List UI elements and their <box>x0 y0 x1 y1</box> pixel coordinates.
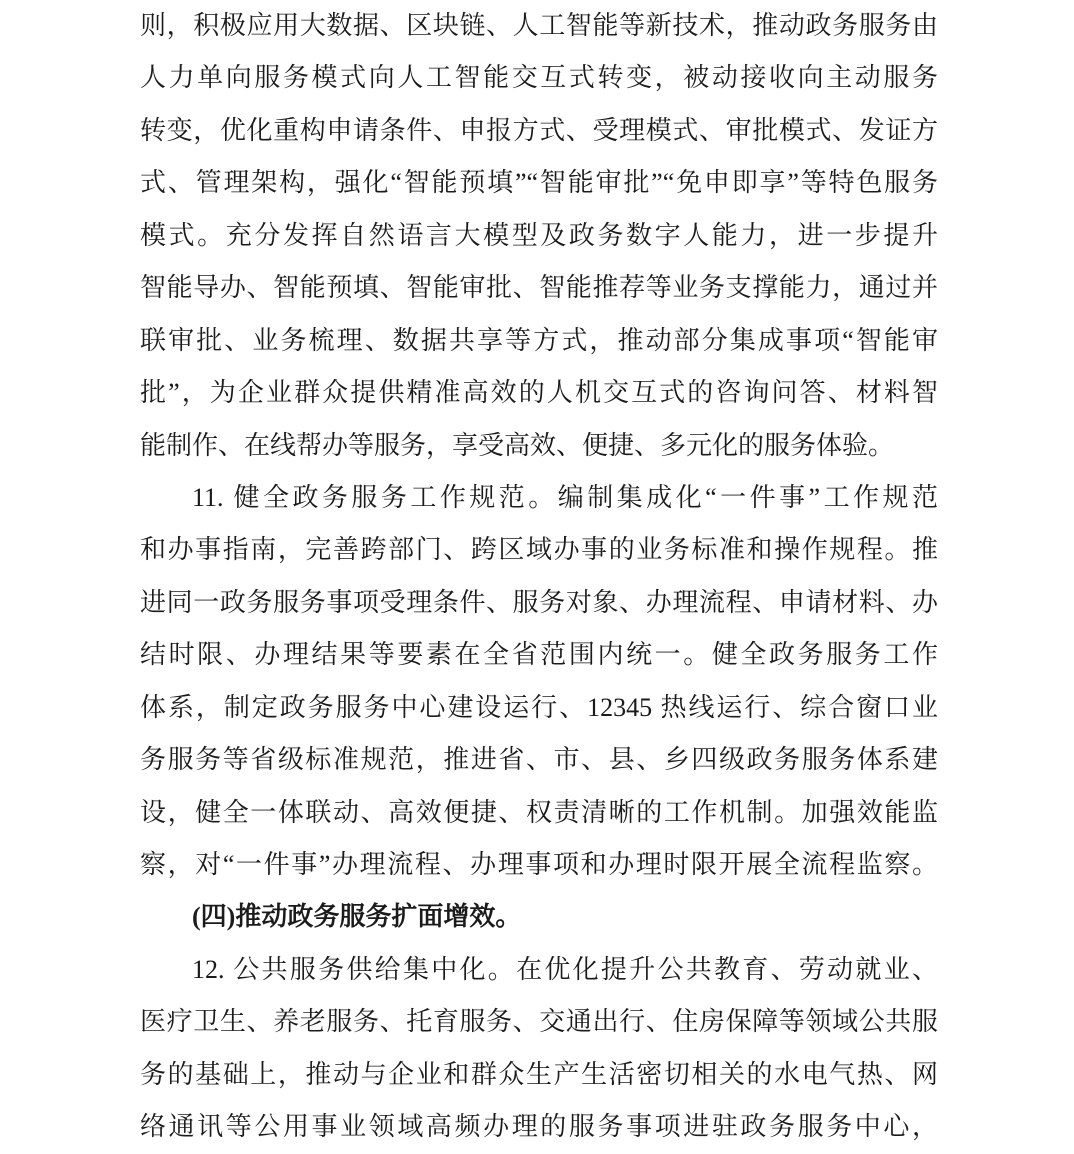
text-line: 务的基础上，推动与企业和群众生产生活密切相关的水电气热、网 <box>140 1049 938 1101</box>
text-line: 察，对“一件事”办理流程、办理事项和办理时限开展全流程监察。 <box>140 839 938 891</box>
text-line: (四)推动政务服务扩面增效。 <box>140 891 938 943</box>
text-line: 联审批、业务梳理、数据共享等方式，推动部分集成事项“智能审 <box>140 315 938 367</box>
text-line: 务服务等省级标准规范，推进省、市、县、乡四级政务服务体系建 <box>140 734 938 786</box>
text-line: 结时限、办理结果等要素在全省范围内统一。健全政务服务工作 <box>140 629 938 681</box>
text-line: 进同一政务服务事项受理条件、服务对象、办理流程、申请材料、办 <box>140 577 938 629</box>
text-line: 11. 健全政务服务工作规范。编制集成化“一件事”工作规范 <box>140 472 938 524</box>
text-line: 能制作、在线帮办等服务，享受高效、便捷、多元化的服务体验。 <box>140 420 938 472</box>
text-line: 则，积极应用大数据、区块链、人工智能等新技术，推动政务服务由 <box>140 0 938 52</box>
document-page: 则，积极应用大数据、区块链、人工智能等新技术，推动政务服务由人力单向服务模式向人… <box>0 0 1074 1154</box>
text-line: 和办事指南，完善跨部门、跨区域办事的业务标准和操作规程。推 <box>140 524 938 576</box>
text-line: 式、管理架构，强化“智能预填”“智能审批”“免申即享”等特色服务 <box>140 157 938 209</box>
text-line: 智能导办、智能预填、智能审批、智能推荐等业务支撑能力，通过并 <box>140 262 938 314</box>
text-line: 模式。充分发挥自然语言大模型及政务数字人能力，进一步提升 <box>140 210 938 262</box>
text-line: 络通讯等公用事业领域高频办理的服务事项进驻政务服务中心， <box>140 1101 938 1153</box>
text-line: 体系，制定政务服务中心建设运行、12345 热线运行、综合窗口业 <box>140 682 938 734</box>
text-line: 12. 公共服务供给集中化。在优化提升公共教育、劳动就业、 <box>140 944 938 996</box>
text-line: 人力单向服务模式向人工智能交互式转变，被动接收向主动服务 <box>140 52 938 104</box>
text-line: 医疗卫生、养老服务、托育服务、交通出行、住房保障等领域公共服 <box>140 996 938 1048</box>
text-line: 转变，优化重构申请条件、申报方式、受理模式、审批模式、发证方 <box>140 105 938 157</box>
text-line: 批”，为企业群众提供精准高效的人机交互式的咨询问答、材料智 <box>140 367 938 419</box>
document-text-block: 则，积极应用大数据、区块链、人工智能等新技术，推动政务服务由人力单向服务模式向人… <box>140 0 938 1154</box>
text-line: 设，健全一体联动、高效便捷、权责清晰的工作机制。加强效能监 <box>140 787 938 839</box>
